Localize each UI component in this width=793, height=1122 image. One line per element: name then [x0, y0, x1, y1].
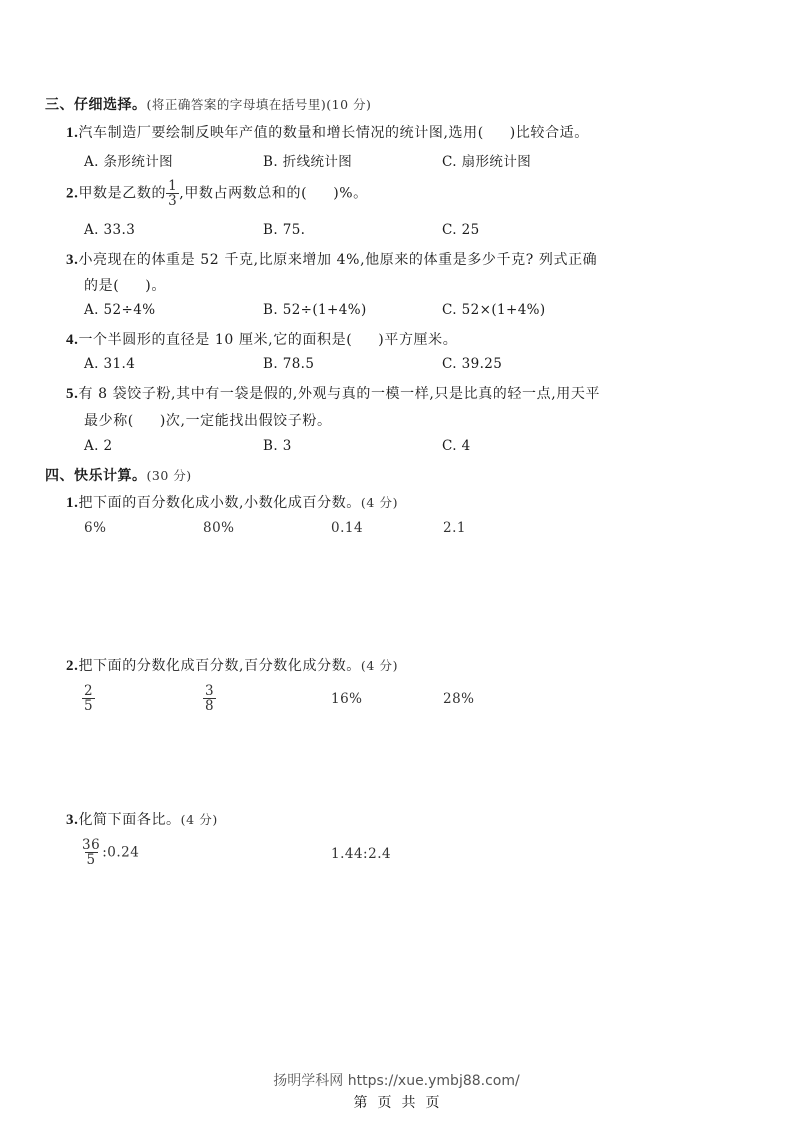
s4q1-item-1: 6%: [84, 520, 106, 536]
fraction-numerator: 36: [80, 838, 102, 852]
question-number: 1.: [66, 495, 78, 511]
question-text: )。: [145, 278, 166, 294]
s3q2-option-c: C. 25: [442, 222, 480, 238]
question-number: 4.: [66, 332, 78, 348]
ratio-rest: :0.24: [102, 845, 139, 861]
s4q2-fraction-1: 25: [82, 684, 95, 713]
s4q1-item-2: 80%: [203, 520, 235, 536]
s4-question-2: 2.把下面的分数化成百分数,百分数化成分数。(4 分): [66, 655, 398, 675]
question-text: )次,一定能找出假饺子粉。: [160, 413, 332, 429]
s3-question-5: 5.有 8 袋饺子粉,其中有一袋是假的,外观与真的一模一样,只是比真的轻一点,用…: [66, 383, 600, 403]
s4q2-item-4: 28%: [443, 691, 475, 707]
question-points: (4 分): [361, 495, 398, 510]
page-label: 第: [354, 1095, 368, 1111]
s3-question-2: 2.甲数是乙数的13,甲数占两数总和的()%。: [66, 179, 368, 208]
question-text: 最少称(: [84, 413, 134, 429]
fraction-numerator: 3: [203, 684, 216, 698]
section4-note: (30 分): [147, 468, 192, 483]
fraction: 13: [166, 179, 179, 208]
s3q5-option-c: C. 4: [442, 438, 471, 454]
question-points: (4 分): [181, 812, 218, 827]
question-number: 2.: [66, 186, 78, 202]
page-label: 共: [402, 1095, 416, 1111]
question-points: (4 分): [361, 658, 398, 673]
question-number: 3.: [66, 252, 78, 268]
s4q1-item-4: 2.1: [443, 520, 466, 536]
section3-title: 三、仔细选择。: [45, 97, 147, 113]
s3q4-option-a: A. 31.4: [84, 356, 135, 372]
section3-heading: 三、仔细选择。(将正确答案的字母填在括号里)(10 分): [45, 94, 371, 114]
s4q2-fraction-2: 38: [203, 684, 216, 713]
s3q4-option-c: C. 39.25: [442, 356, 502, 372]
s4-question-1: 1.把下面的百分数化成小数,小数化成百分数。(4 分): [66, 492, 398, 512]
s3q2-option-a: A. 33.3: [84, 222, 135, 238]
question-text: 甲数是乙数的: [78, 186, 166, 202]
footer-source: 扬明学科网 https://xue.ymbj88.com/: [0, 1070, 793, 1090]
fraction-numerator: 1: [166, 179, 179, 193]
question-text: )平方厘米。: [378, 332, 457, 348]
s3-question-3-line2: 的是()。: [84, 275, 166, 295]
s4q3-ratio-2: 1.44:2.4: [331, 846, 391, 862]
s3q5-option-b: B. 3: [263, 438, 292, 454]
fraction-denominator: 5: [82, 698, 95, 713]
fraction-denominator: 8: [203, 698, 216, 713]
question-text: ,甲数占两数总和的(: [179, 186, 307, 202]
s3q3-option-a: A. 52÷4%: [84, 302, 155, 318]
s3q2-option-b: B. 75.: [263, 222, 305, 238]
s4q2-item-3: 16%: [331, 691, 363, 707]
question-text: 汽车制造厂要绘制反映年产值的数量和增长情况的统计图,选用(: [78, 125, 483, 141]
question-text: 把下面的百分数化成小数,小数化成百分数。: [78, 495, 360, 511]
s3q3-option-b: B. 52÷(1+4%): [263, 302, 367, 318]
question-text: 的是(: [84, 278, 119, 294]
footer-page-number: 第页共页: [0, 1092, 793, 1112]
question-text: 有 8 袋饺子粉,其中有一袋是假的,外观与真的一模一样,只是比真的轻一点,用天平: [78, 386, 600, 402]
section3-note: (将正确答案的字母填在括号里)(10 分): [147, 97, 372, 112]
question-number: 1.: [66, 125, 78, 141]
question-text: 化简下面各比。: [78, 812, 180, 828]
question-text: )%。: [333, 186, 368, 202]
page-label: 页: [426, 1095, 440, 1111]
s4-question-3: 3.化简下面各比。(4 分): [66, 809, 218, 829]
question-text: )比较合适。: [510, 125, 589, 141]
s3-question-1: 1.汽车制造厂要绘制反映年产值的数量和增长情况的统计图,选用()比较合适。: [66, 122, 589, 142]
question-text: 一个半圆形的直径是 10 厘米,它的面积是(: [78, 332, 352, 348]
s3-question-5-line2: 最少称()次,一定能找出假饺子粉。: [84, 410, 332, 430]
s3-question-3: 3.小亮现在的体重是 52 千克,比原来增加 4%,他原来的体重是多少千克? 列…: [66, 249, 597, 269]
s4q1-item-3: 0.14: [331, 520, 363, 536]
fraction-denominator: 5: [85, 852, 98, 867]
question-text: 小亮现在的体重是 52 千克,比原来增加 4%,他原来的体重是多少千克? 列式正…: [78, 252, 597, 268]
question-text: 把下面的分数化成百分数,百分数化成分数。: [78, 658, 360, 674]
question-number: 3.: [66, 812, 78, 828]
s3q5-option-a: A. 2: [84, 438, 113, 454]
fraction-denominator: 3: [166, 193, 179, 208]
question-number: 5.: [66, 386, 78, 402]
s3q1-option-a: A. 条形统计图: [84, 150, 173, 170]
s3q1-option-b: B. 折线统计图: [263, 150, 352, 170]
page-label: 页: [378, 1095, 392, 1111]
fraction-numerator: 2: [82, 684, 95, 698]
s3q4-option-b: B. 78.5: [263, 356, 314, 372]
s3q1-option-c: C. 扇形统计图: [442, 150, 531, 170]
question-number: 2.: [66, 658, 78, 674]
s4q3-ratio-1: 365:0.24: [80, 838, 139, 867]
section4-title: 四、快乐计算。: [45, 468, 147, 484]
section4-heading: 四、快乐计算。(30 分): [45, 465, 192, 485]
s3-question-4: 4.一个半圆形的直径是 10 厘米,它的面积是()平方厘米。: [66, 329, 457, 349]
s3q3-option-c: C. 52×(1+4%): [442, 302, 546, 318]
